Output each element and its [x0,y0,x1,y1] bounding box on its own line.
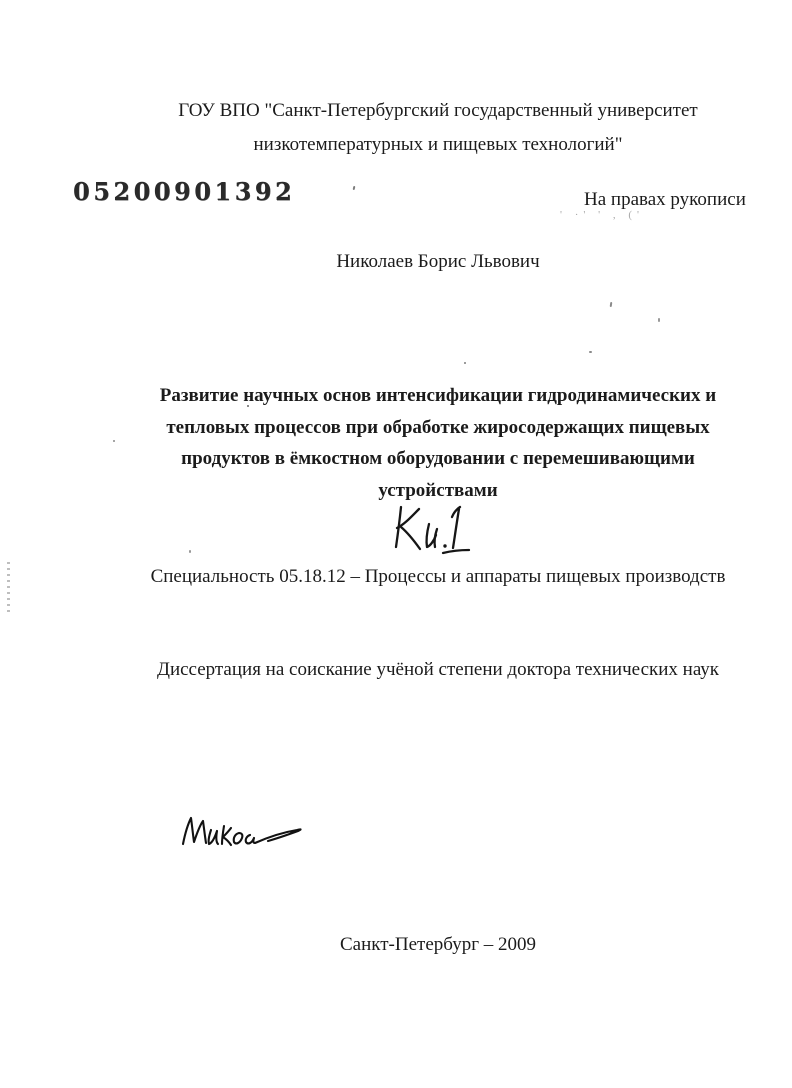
scan-speck [189,550,191,553]
signature-stroke [222,826,231,845]
scan-speck [589,351,592,353]
speciality-line: Специальность 05.18.12 – Процессы и аппа… [84,566,792,588]
faint-pencil-marks: ' ·' ' , (' [560,209,700,221]
signature-stroke [234,833,243,843]
handwriting-stroke [401,527,420,549]
signature-stroke [246,829,301,843]
scan-speck [247,405,249,407]
scan-speck [610,302,613,307]
scan-speck [113,440,115,442]
document-number-stamp: 05200901392 [73,177,295,206]
university-header: ГОУ ВПО "Санкт-Петербургский государстве… [84,94,792,162]
manuscript-rights-note: На правах рукописи [584,189,746,211]
handwritten-signature [176,799,306,854]
degree-statement: Диссертация на соискание учёной степени … [84,659,792,681]
university-name-line2: низкотемпературных и пищевых технологий" [84,128,792,162]
scan-speck [464,362,466,364]
handwriting-underline [443,550,469,553]
handwriting-stroke [435,529,437,547]
scan-speck [353,186,356,190]
signature-stroke [209,830,218,844]
handwritten-volume-note [388,500,473,555]
signature-stroke [183,818,206,844]
author-name: Николаев Борис Львович [84,251,792,273]
scanned-title-page: ГОУ ВПО "Санкт-Петербургский государстве… [0,0,792,1088]
scan-speck [658,318,660,322]
dissertation-title: Развитие научных основ интенсификации ги… [84,380,792,506]
title-line-2: тепловых процессов при обработке жиросод… [84,412,792,444]
university-name-line1: ГОУ ВПО "Санкт-Петербургский государстве… [84,94,792,128]
handwriting-period [443,544,446,547]
title-line-1: Развитие научных основ интенсификации ги… [84,380,792,412]
scan-margin-artifact [7,562,10,614]
title-line-3: продуктов в ёмкостном оборудовании с пер… [84,443,792,475]
city-year-line: Санкт-Петербург – 2009 [84,934,792,956]
